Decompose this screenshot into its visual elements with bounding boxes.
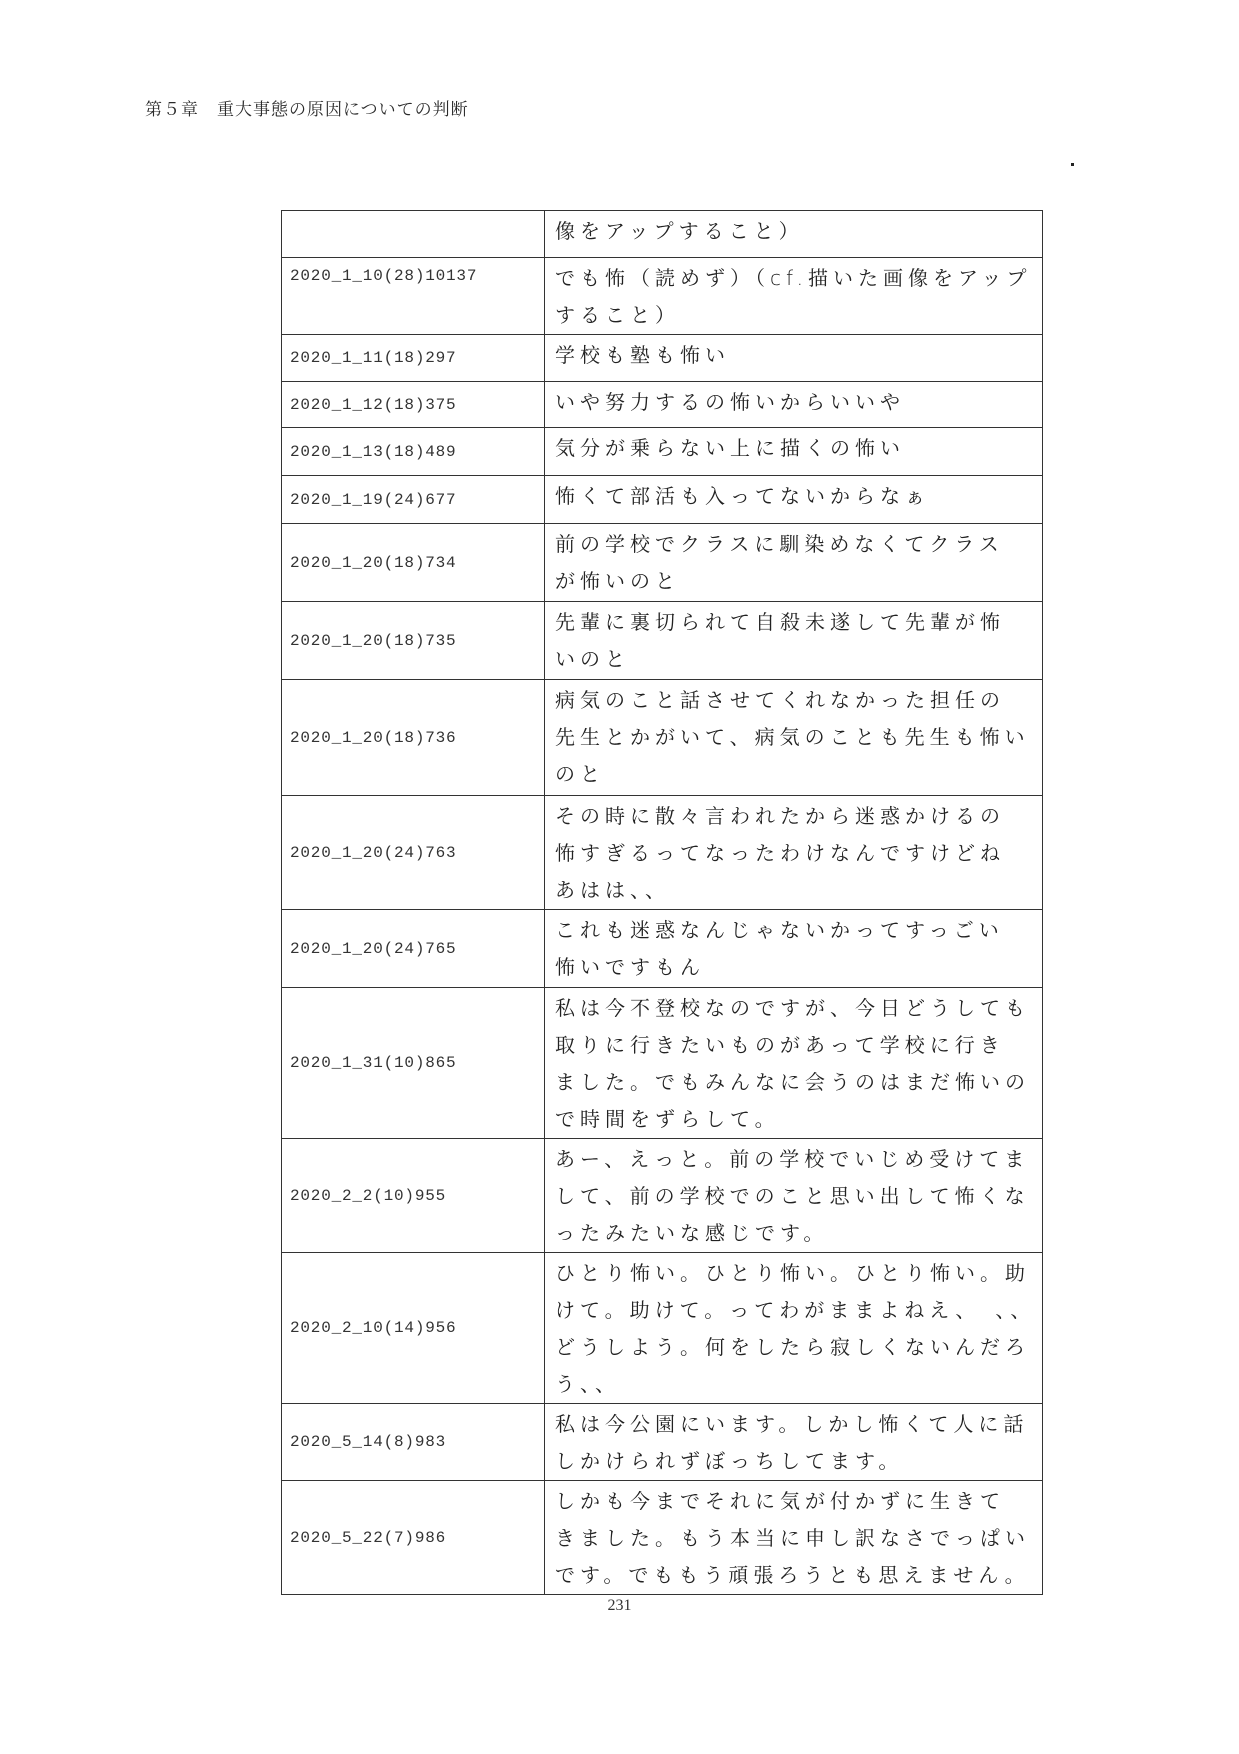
table-row: 2020_1_20(18)735先輩に裏切られて自殺未遂して先輩が怖いのと (282, 602, 1043, 680)
quote-text-cell: 病気のこと話させてくれなかった担任の先生とかがいて、病気のことも先生も怖いのと (545, 680, 1043, 796)
quote-line: いのと (555, 641, 1036, 678)
quote-text-cell: 前の学校でクラスに馴染めなくてクラスが怖いのと (545, 524, 1043, 602)
quote-line: その時に散々言われたから迷惑かけるの (555, 798, 1036, 835)
table-row: 2020_1_20(18)734前の学校でクラスに馴染めなくてクラスが怖いのと (282, 524, 1043, 602)
chapter-header: 第５章 重大事態の原因についての判断 (145, 95, 469, 120)
table-row: 2020_5_14(8)983私は今公園にいます。しかし怖くて人に話しかけられず… (282, 1404, 1043, 1481)
quote-line: しかも今までそれに気が付かずに生きて (555, 1483, 1036, 1520)
quote-line: 取りに行きたいものがあって学校に行き (555, 1027, 1036, 1064)
quote-text-cell: 学校も塾も怖い (545, 335, 1043, 382)
quote-line: です。でももう頑張ろうとも思えません。 (555, 1557, 1036, 1594)
quote-line: きました。もう本当に申し訳なさでっぱい (555, 1520, 1036, 1557)
quote-line: 気分が乗らない上に描くの怖い (555, 430, 1036, 467)
post-id-cell: 2020_1_20(18)735 (282, 602, 545, 680)
quote-line: けて。助けて。ってわがままよねえ、 、、 (555, 1292, 1036, 1329)
quote-text-cell: 怖くて部活も入ってないからなぁ (545, 476, 1043, 524)
quote-line: ました。でもみんなに会うのはまだ怖いの (555, 1064, 1036, 1101)
quote-text-cell: 像をアップすること） (545, 211, 1043, 258)
quote-line: どうしよう。何をしたら寂しくないんだろ (555, 1329, 1036, 1366)
quote-text-cell: これも迷惑なんじゃないかってすっごい怖いですもん (545, 910, 1043, 988)
post-id-cell: 2020_1_11(18)297 (282, 335, 545, 382)
quote-line: 怖くて部活も入ってないからなぁ (555, 478, 1036, 515)
post-id-cell: 2020_1_31(10)865 (282, 988, 545, 1139)
quote-line: これも迷惑なんじゃないかってすっごい (555, 912, 1036, 949)
quote-text-cell: いや努力するの怖いからいいや (545, 382, 1043, 428)
table-row: 2020_1_19(24)677怖くて部活も入ってないからなぁ (282, 476, 1043, 524)
quote-text-cell: 私は今公園にいます。しかし怖くて人に話しかけられずぼっちしてます。 (545, 1404, 1043, 1481)
table-row: 2020_5_22(7)986しかも今までそれに気が付かずに生きてきました。もう… (282, 1481, 1043, 1595)
quote-line: う、、 (555, 1366, 1036, 1403)
quote-line: 私は今不登校なのですが、今日どうしても (555, 990, 1036, 1027)
quote-line: しかけられずぼっちしてます。 (555, 1443, 1036, 1480)
quote-line: あはは、、 (555, 872, 1036, 909)
quote-text-cell: 私は今不登校なのですが、今日どうしても取りに行きたいものがあって学校に行きました… (545, 988, 1043, 1139)
quote-text-cell: しかも今までそれに気が付かずに生きてきました。もう本当に申し訳なさでっぱいです。… (545, 1481, 1043, 1595)
quote-line: 怖いですもん (555, 949, 1036, 986)
post-id-cell: 2020_1_20(18)734 (282, 524, 545, 602)
quote-line: 前の学校でクラスに馴染めなくてクラス (555, 526, 1036, 563)
quote-line: 病気のこと話させてくれなかった担任の (555, 682, 1036, 719)
quote-line: あー、えっと。前の学校でいじめ受けてま (555, 1141, 1036, 1178)
quote-line: でも怖（読めず）（cf.描いた画像をアップ (555, 260, 1036, 297)
post-id-cell: 2020_5_22(7)986 (282, 1481, 545, 1595)
table-row: 2020_2_2(10)955あー、えっと。前の学校でいじめ受けてまして、前の学… (282, 1139, 1043, 1253)
quote-table-body: 像をアップすること）2020_1_10(28)10137でも怖（読めず）（cf.… (282, 211, 1043, 1595)
post-id-cell: 2020_1_20(24)763 (282, 796, 545, 910)
post-id-cell: 2020_1_20(24)765 (282, 910, 545, 988)
scan-artifact-dot (1071, 163, 1074, 166)
quote-line: いや努力するの怖いからいいや (555, 384, 1036, 421)
quote-line: 先輩に裏切られて自殺未遂して先輩が怖 (555, 604, 1036, 641)
quote-text-cell: 先輩に裏切られて自殺未遂して先輩が怖いのと (545, 602, 1043, 680)
table-row: 2020_1_20(24)765これも迷惑なんじゃないかってすっごい怖いですもん (282, 910, 1043, 988)
table-row: 2020_1_10(28)10137でも怖（読めず）（cf.描いた画像をアップす… (282, 258, 1043, 335)
quote-line: 私は今公園にいます。しかし怖くて人に話 (555, 1406, 1036, 1443)
post-id-cell: 2020_5_14(8)983 (282, 1404, 545, 1481)
post-id-cell: 2020_2_2(10)955 (282, 1139, 545, 1253)
table-row: 2020_1_20(18)736病気のこと話させてくれなかった担任の先生とかがい… (282, 680, 1043, 796)
table-row: 2020_2_10(14)956ひとり怖い。ひとり怖い。ひとり怖い。助けて。助け… (282, 1253, 1043, 1404)
table-row: 2020_1_13(18)489気分が乗らない上に描くの怖い (282, 428, 1043, 476)
quote-text-cell: 気分が乗らない上に描くの怖い (545, 428, 1043, 476)
quote-line: 先生とかがいて、病気のことも先生も怖い (555, 719, 1036, 756)
quote-line: 像をアップすること） (555, 213, 1036, 250)
post-id-cell (282, 211, 545, 258)
table-row: 2020_1_11(18)297学校も塾も怖い (282, 335, 1043, 382)
post-id-cell: 2020_1_12(18)375 (282, 382, 545, 428)
post-id-cell: 2020_2_10(14)956 (282, 1253, 545, 1404)
quote-line: して、前の学校でのこと思い出して怖くな (555, 1178, 1036, 1215)
table-row: 像をアップすること） (282, 211, 1043, 258)
post-id-cell: 2020_1_19(24)677 (282, 476, 545, 524)
post-id-cell: 2020_1_10(28)10137 (282, 258, 545, 335)
table-row: 2020_1_20(24)763その時に散々言われたから迷惑かけるの怖すぎるって… (282, 796, 1043, 910)
quote-text-cell: その時に散々言われたから迷惑かけるの怖すぎるってなったわけなんですけどねあはは、… (545, 796, 1043, 910)
quote-line: 学校も塾も怖い (555, 337, 1036, 374)
quote-line: すること） (555, 297, 1036, 334)
quote-line: が怖いのと (555, 563, 1036, 600)
post-id-cell: 2020_1_13(18)489 (282, 428, 545, 476)
quote-line: で時間をずらして。 (555, 1101, 1036, 1138)
table-row: 2020_1_12(18)375いや努力するの怖いからいいや (282, 382, 1043, 428)
post-id-cell: 2020_1_20(18)736 (282, 680, 545, 796)
page-number: 231 (0, 1597, 1239, 1615)
quote-table: 像をアップすること）2020_1_10(28)10137でも怖（読めず）（cf.… (281, 210, 1043, 1595)
quote-line: 怖すぎるってなったわけなんですけどね (555, 835, 1036, 872)
quote-text-cell: ひとり怖い。ひとり怖い。ひとり怖い。助けて。助けて。ってわがままよねえ、 、、ど… (545, 1253, 1043, 1404)
table-row: 2020_1_31(10)865私は今不登校なのですが、今日どうしても取りに行き… (282, 988, 1043, 1139)
quote-line: ひとり怖い。ひとり怖い。ひとり怖い。助 (555, 1255, 1036, 1292)
quote-text-cell: あー、えっと。前の学校でいじめ受けてまして、前の学校でのこと思い出して怖くなった… (545, 1139, 1043, 1253)
quote-text-cell: でも怖（読めず）（cf.描いた画像をアップすること） (545, 258, 1043, 335)
quote-line: ったみたいな感じです。 (555, 1215, 1036, 1252)
quote-line: のと (555, 756, 1036, 793)
